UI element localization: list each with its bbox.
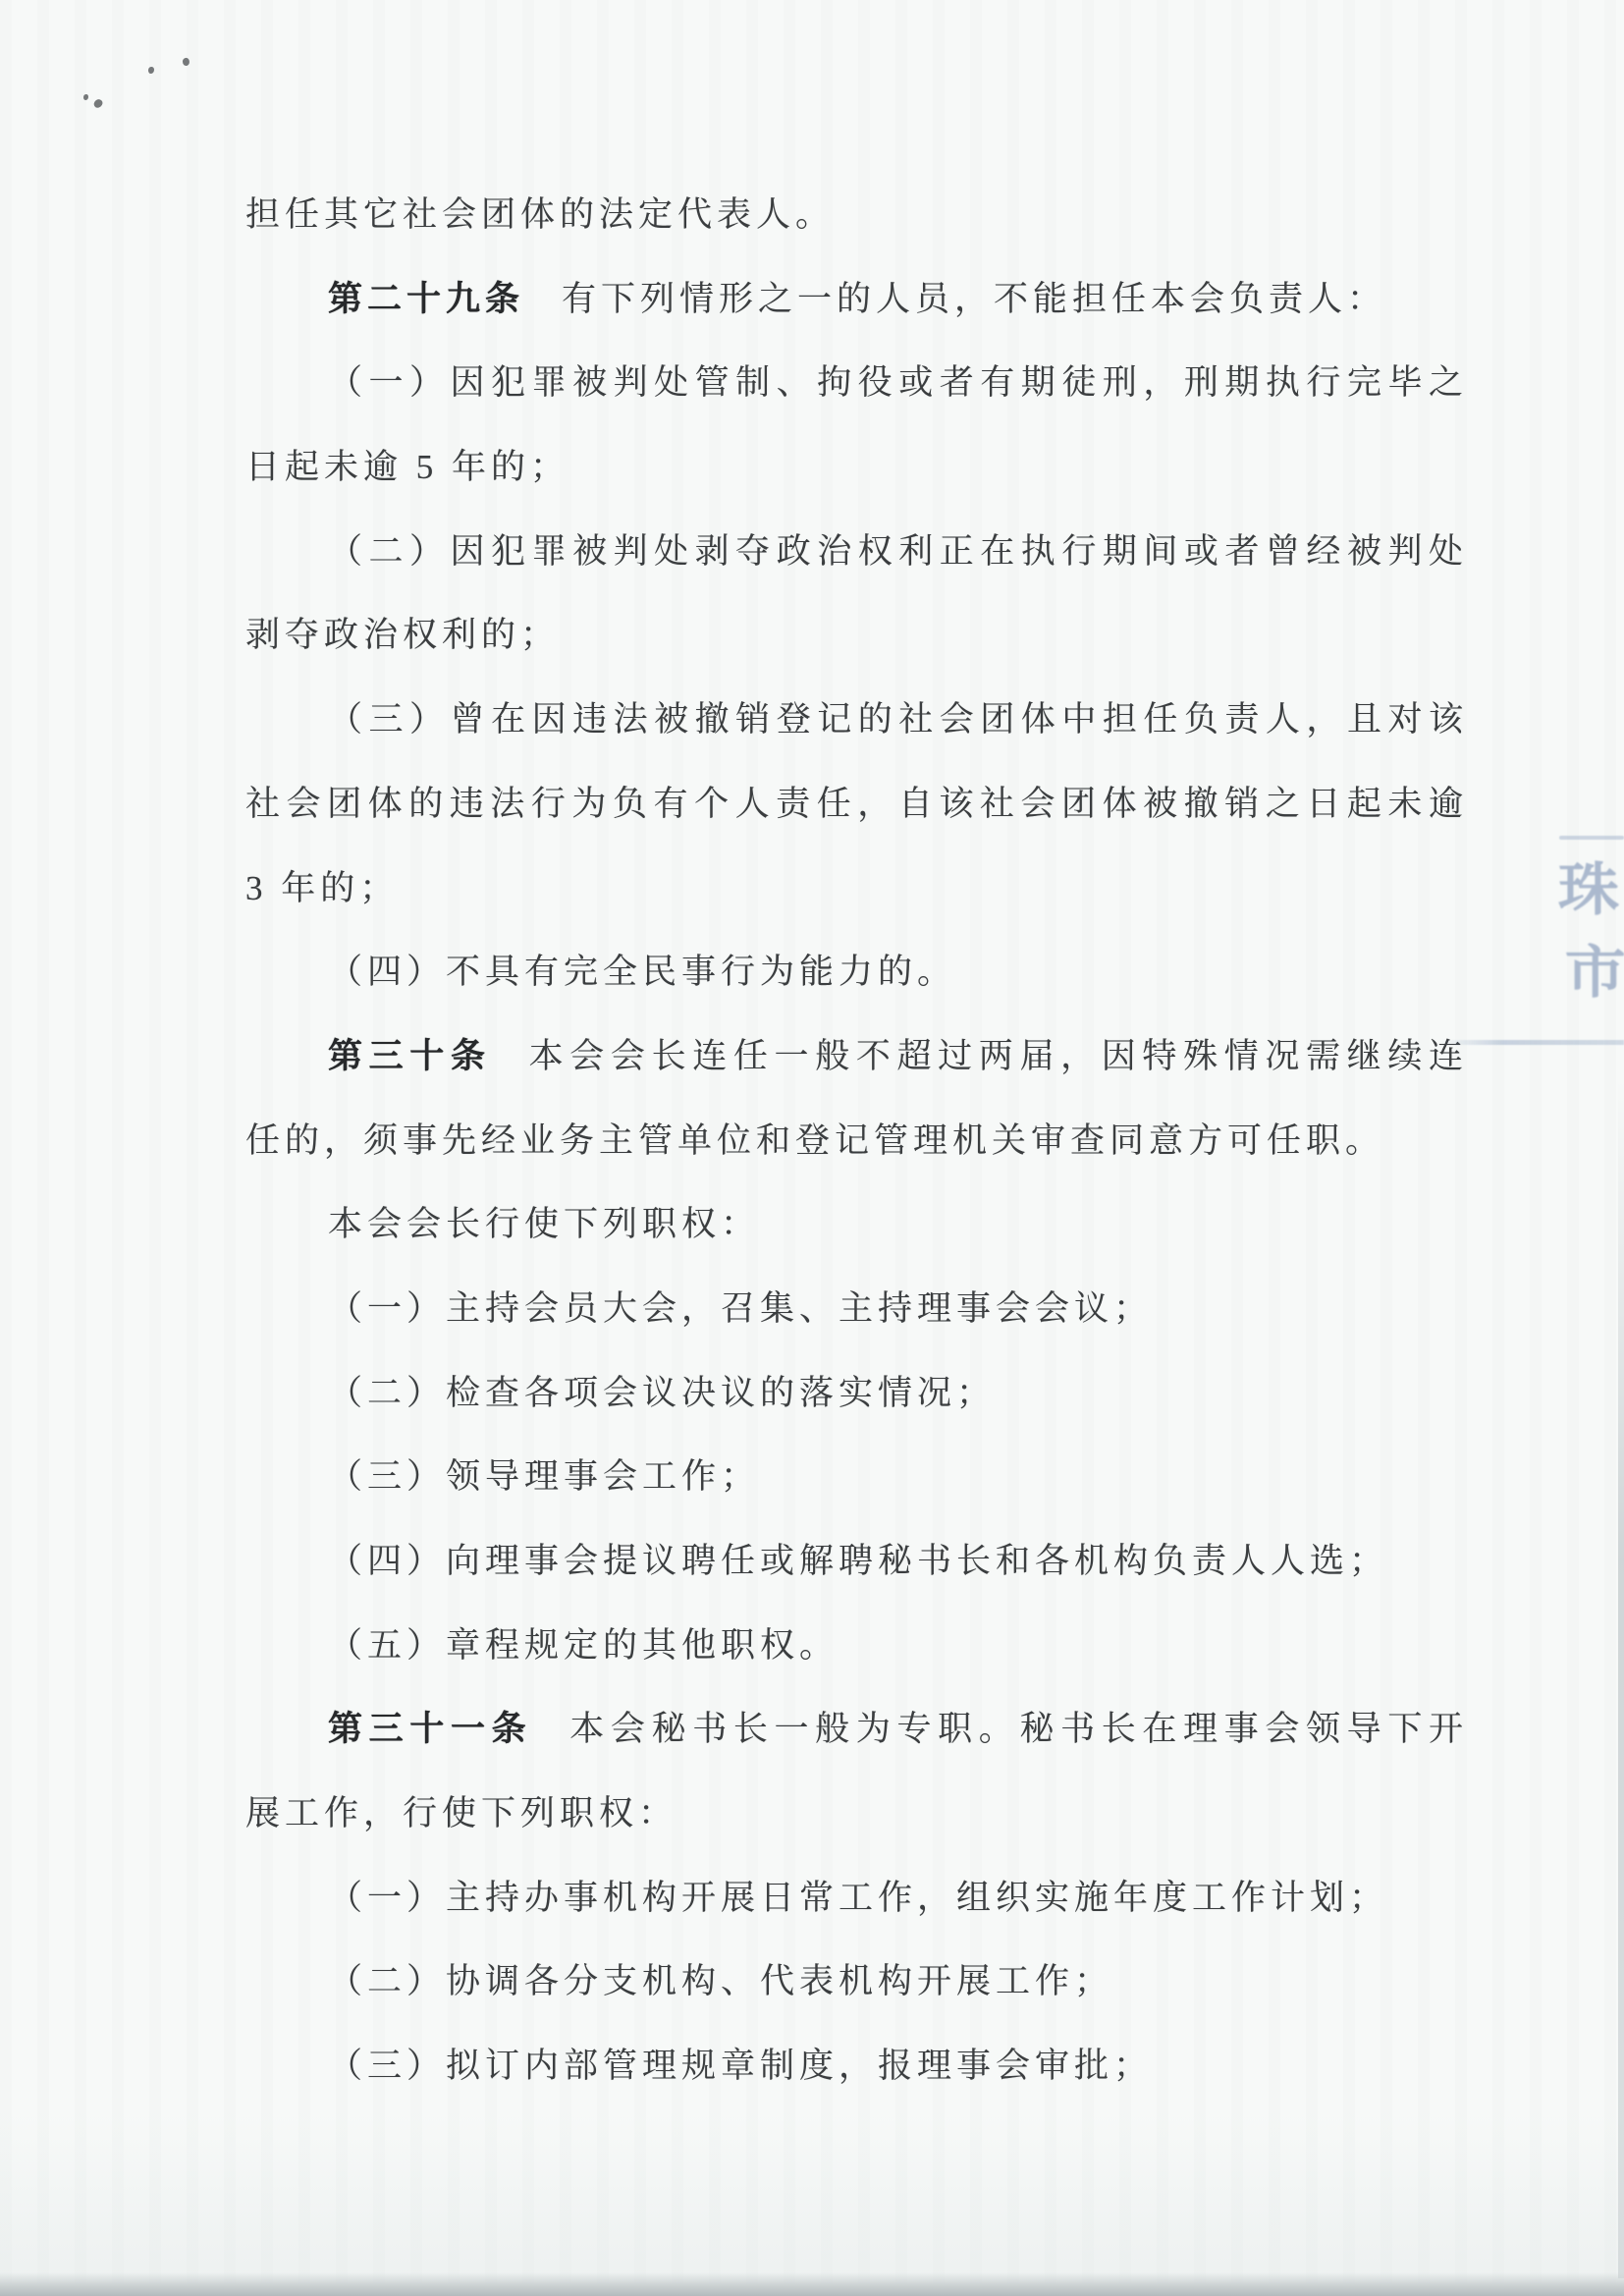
article-number: 第三十一条: [328, 1710, 532, 1748]
ink-speck: [83, 94, 88, 100]
text-line: （五）章程规定的其他职权。: [245, 1604, 1468, 1688]
text-line: 第三十条本会会长连任一般不超过两届，因特殊情况需继续连: [245, 1014, 1468, 1099]
text-line: （三）拟订内部管理规章制度，报理事会审批；: [245, 2024, 1468, 2108]
text-line: 日起未逾 5 年的；: [245, 425, 1468, 510]
text-line: （四）不具有完全民事行为能力的。: [245, 930, 1468, 1014]
article-number: 第三十条: [328, 1037, 492, 1075]
text-line: 3 年的；: [245, 847, 1468, 931]
ink-speck: [148, 67, 154, 74]
scan-edge-shadow-right: [1618, 1080, 1624, 2278]
stamp-fragment: 珠 市: [1555, 830, 1624, 1061]
text-line: （一）主持办事机构开展日常工作，组织实施年度工作计划；: [245, 1856, 1468, 1941]
stamp-character: 市: [1565, 926, 1624, 1009]
text-line: 社会团体的违法行为负有个人责任，自该社会团体被撤销之日起未逾: [245, 762, 1468, 847]
text-line: 任的，须事先经业务主管单位和登记管理机关审查同意方可任职。: [245, 1099, 1468, 1183]
ink-speck: [92, 98, 103, 110]
stamp-character: 珠: [1558, 844, 1620, 926]
text-line: 展工作，行使下列职权：: [245, 1772, 1468, 1856]
text-line: 担任其它社会团体的法定代表人。: [245, 173, 1468, 257]
text-line: （三）曾在因违法被撤销登记的社会团体中担任负责人，且对该: [245, 678, 1468, 762]
document-body: 担任其它社会团体的法定代表人。第二十九条有下列情形之一的人员，不能担任本会负责人…: [245, 173, 1468, 2108]
text-line: （二）因犯罪被判处剥夺政治权利正在执行期间或者曾经被判处: [245, 510, 1468, 594]
text-line: （一）因犯罪被判处管制、拘役或者有期徒刑，刑期执行完毕之: [245, 341, 1468, 425]
text-line: （四）向理事会提议聘任或解聘秘书长和各机构负责人人选；: [245, 1519, 1468, 1604]
scan-edge-shadow-bottom: [0, 2272, 1624, 2296]
text-line: （二）检查各项会议决议的落实情况；: [245, 1351, 1468, 1436]
stamp-edge-mark: [1559, 836, 1624, 840]
text-line: （一）主持会员大会，召集、主持理事会会议；: [245, 1267, 1468, 1351]
text-line: （三）领导理事会工作；: [245, 1435, 1468, 1519]
stamp-edge-mark: [1439, 1040, 1624, 1045]
ink-speck: [182, 57, 190, 67]
text-line: （二）协调各分支机构、代表机构开展工作；: [245, 1940, 1468, 2024]
article-number: 第二十九条: [328, 280, 524, 318]
text-line: 本会会长行使下列职权：: [245, 1182, 1468, 1267]
text-line: 第三十一条本会秘书长一般为专职。秘书长在理事会领导下开: [245, 1687, 1468, 1772]
text-line: 剥夺政治权利的；: [245, 593, 1468, 678]
text-line: 第二十九条有下列情形之一的人员，不能担任本会负责人：: [245, 257, 1468, 342]
